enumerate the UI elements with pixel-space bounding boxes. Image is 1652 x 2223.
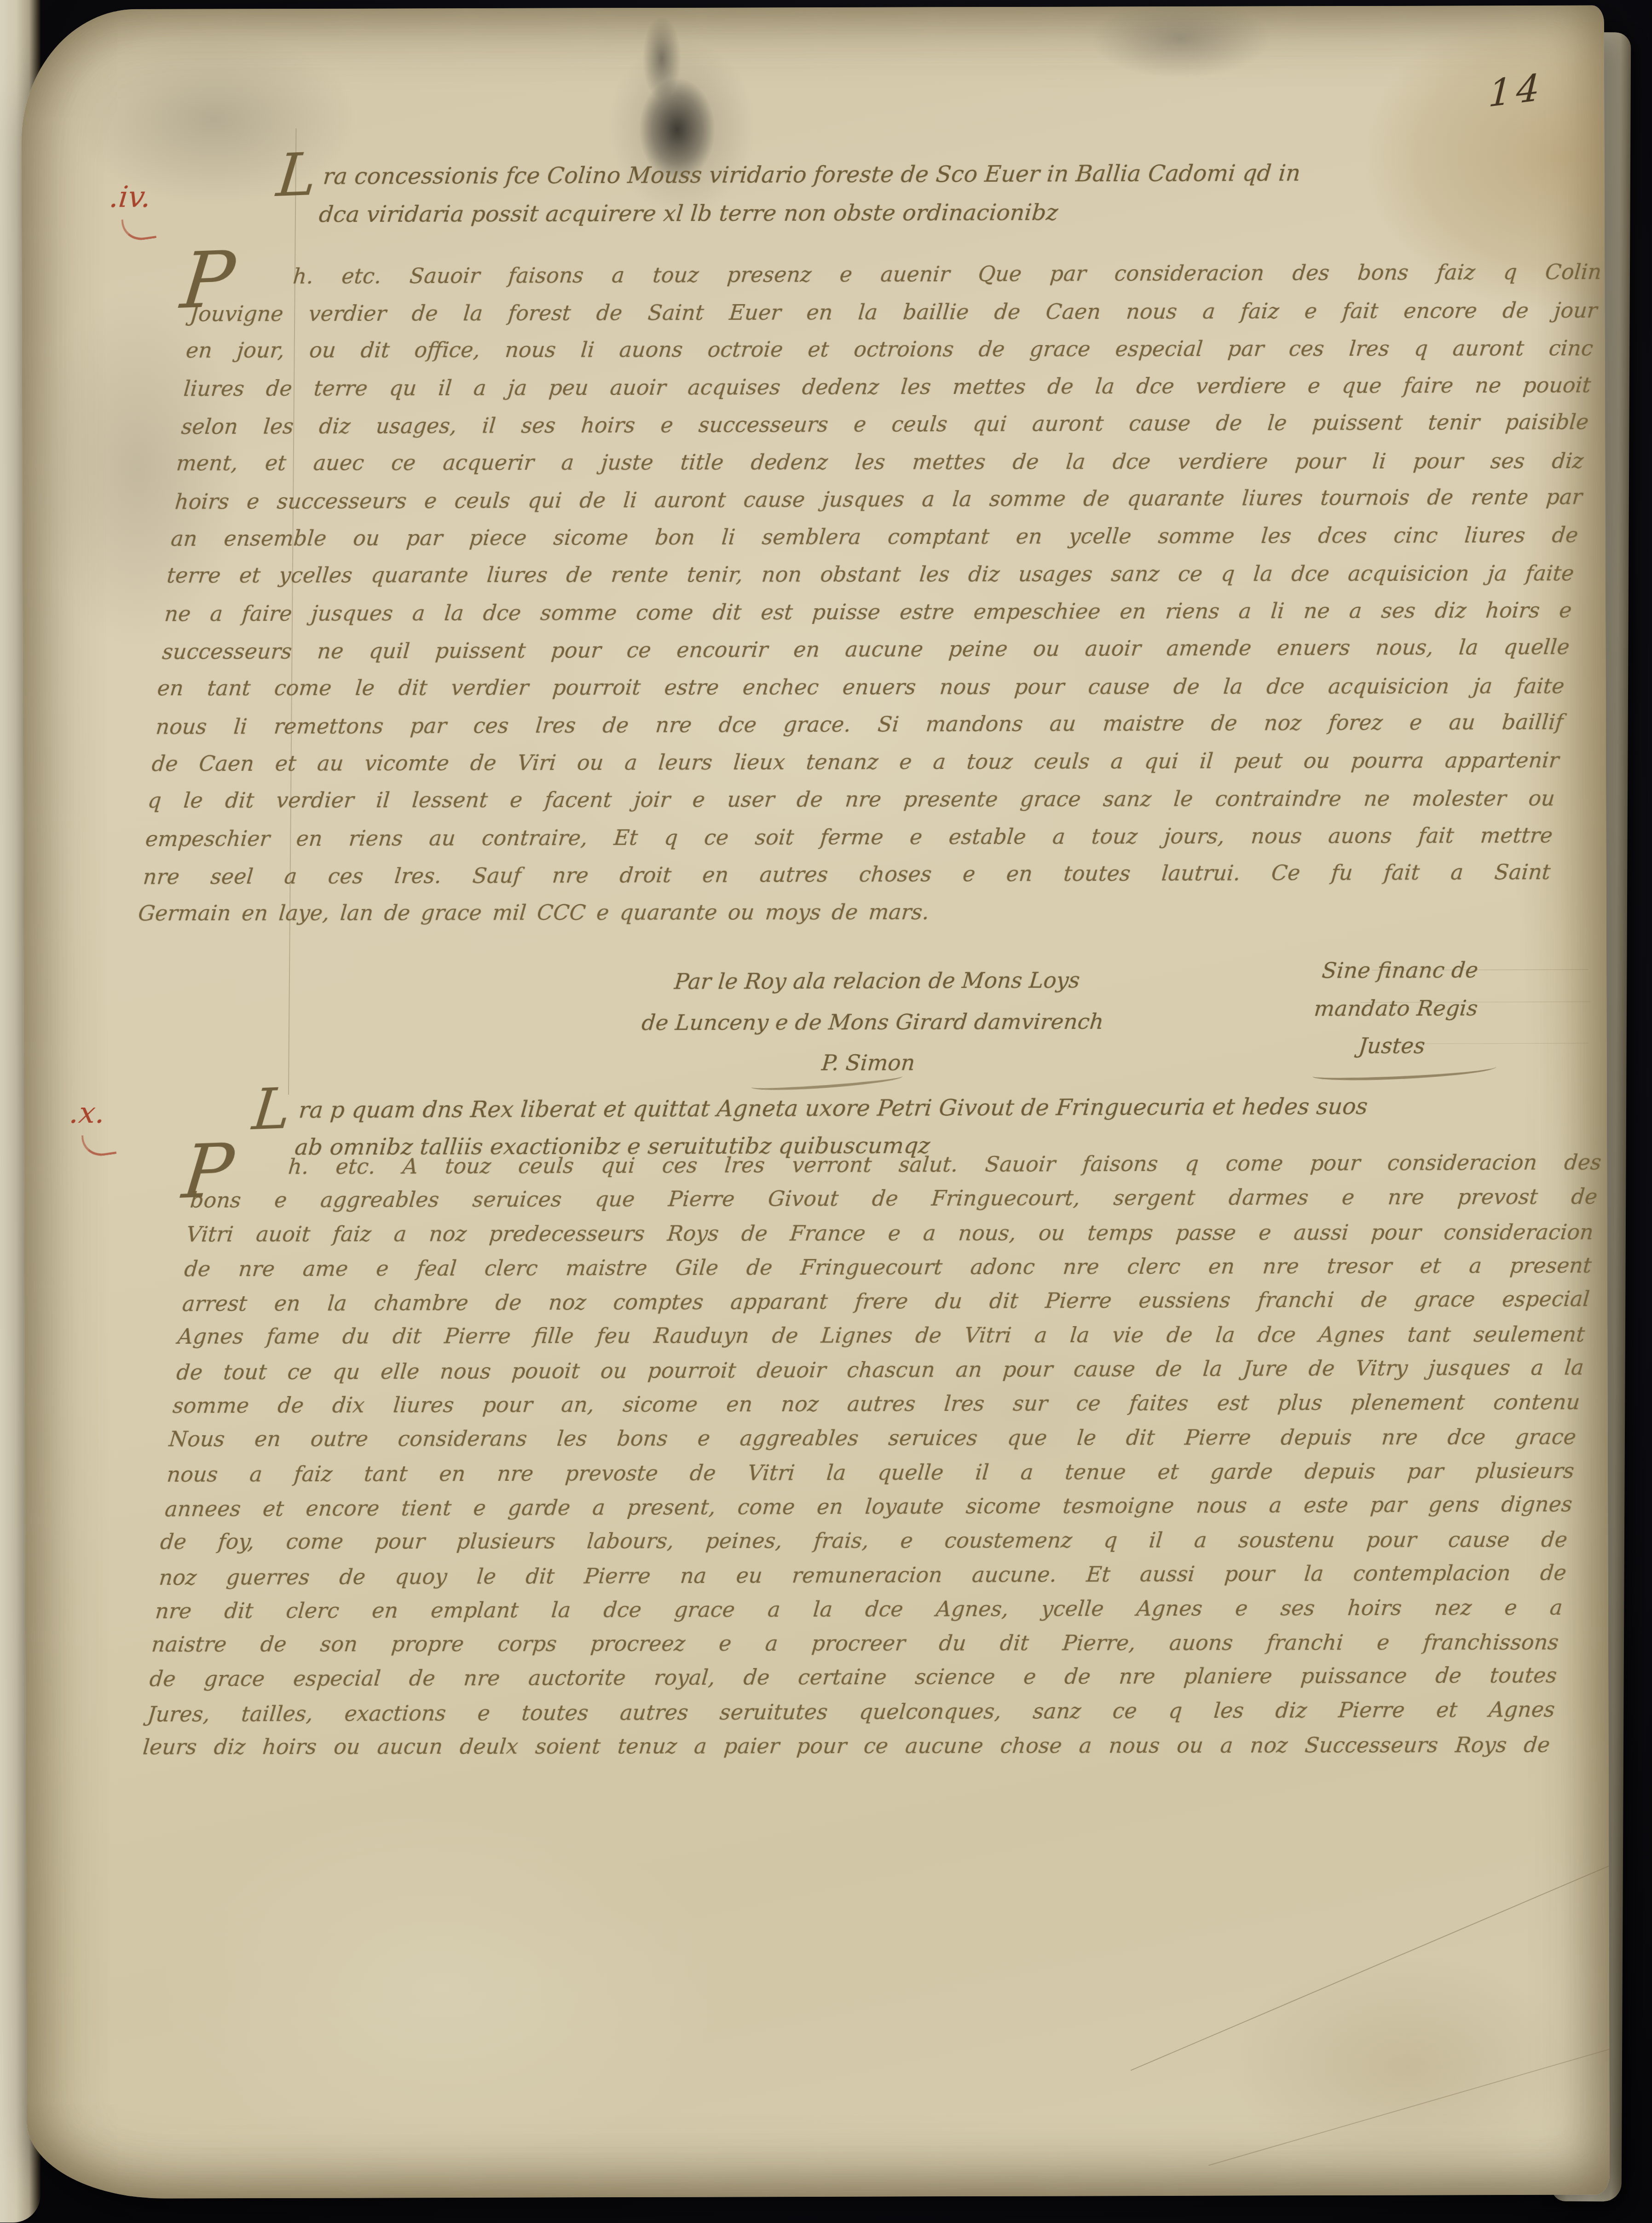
entry2-body-line: de foy, come pour plusieurs labours, pei… xyxy=(159,1523,1569,1559)
entry2-body-line: Jures, tailles, exactions e toutes autre… xyxy=(146,1692,1556,1731)
folio-number: 14 xyxy=(1487,65,1545,115)
rubric-flourish xyxy=(121,215,156,243)
entry1-body-line: empeschier en riens au contraire, Et q c… xyxy=(144,816,1554,858)
entry1-body-line: selon les diz usages, il ses hoirs e suc… xyxy=(180,403,1590,445)
entry1-body-line: nous li remettons par ces lres de nre dc… xyxy=(154,703,1565,745)
entry1-body-line: q le dit verdier il lessent e facent joi… xyxy=(146,779,1557,819)
entry2-body-line: nre dit clerc en emplant la dce grace a … xyxy=(154,1590,1564,1628)
entry1-body: h. etc. Sauoir faisons a touz presenz e … xyxy=(138,254,1602,933)
diagonal-crease xyxy=(1131,1844,1610,2071)
entry2-heading-initial: L xyxy=(250,1080,294,1138)
entry1-body-line: ne a faire jusques a la dce somme come d… xyxy=(163,591,1573,633)
entry1-body-line: nre seel a ces lres. Sauf nre droit en a… xyxy=(142,853,1552,895)
entry2-body-line: de tout ce qu elle nous pouoit ou pourro… xyxy=(175,1350,1585,1389)
subscription-line: de Lunceny e de Mons Girard damvirench xyxy=(625,1001,1121,1043)
photo-background: 14 .iv. L ra concessionis fce Colino Mou… xyxy=(0,0,1652,2223)
entry1-body-line: h. etc. Sauoir faisons a touz presenz e … xyxy=(192,253,1603,295)
entry1-heading-line: ra concessionis fce Colino Mouss viridar… xyxy=(322,153,1466,196)
entry1-body-line: hoirs e successeurs e ceuls qui de li au… xyxy=(173,478,1584,520)
entry1-body-line: successeurs ne quil puissent pour ce enc… xyxy=(161,628,1571,670)
entry2-body-line: somme de dix liures pour an, sicome en n… xyxy=(171,1385,1581,1423)
entry1-body-line: an ensemble ou par piece sicome bon li s… xyxy=(169,516,1580,558)
entry2-body-line: noz guerres de quoy le dit Pierre na eu … xyxy=(158,1555,1568,1594)
margin-number-x-text: .x. xyxy=(68,1096,106,1130)
entry1-body-line: de Caen et au vicomte de Viri ou a leurs… xyxy=(150,741,1561,783)
entry1-heading-line: dca viridaria possit acquirere xl lb ter… xyxy=(318,192,1462,233)
entry1-subscription-left: Par le Roy ala relacion de Mons Loysde L… xyxy=(621,960,1124,1084)
entry1-body-line: liures de terre qu il a ja peu auoir acq… xyxy=(182,366,1593,408)
rubric-flourish xyxy=(81,1131,116,1159)
entry2-body-line: arrest en la chambre de noz comptes appa… xyxy=(181,1282,1591,1321)
entry2-body-line: Agnes fame du dit Pierre fille feu Raudu… xyxy=(176,1317,1586,1354)
subscription-line: Par le Roy ala relacion de Mons Loys xyxy=(629,960,1125,1003)
entry1-body-line: Germain en laye, lan de grace mil CCC e … xyxy=(137,892,1547,932)
margin-number-iv: .iv. xyxy=(105,180,161,241)
entry2-body-line: nous a faiz tant en nre prevoste de Vitr… xyxy=(166,1453,1576,1491)
margin-number-iv-text: .iv. xyxy=(108,180,152,214)
subscription-line: Justes xyxy=(1280,1027,1504,1065)
manuscript-page: 14 .iv. L ra concessionis fce Colino Mou… xyxy=(21,6,1610,2199)
entry2-body-line: naistre de son propre corps procreez e a… xyxy=(150,1625,1560,1662)
entry2-body: h. etc. A touz ceuls qui ces lres verron… xyxy=(142,1146,1601,1765)
entry1-heading-initial: L xyxy=(274,145,320,205)
entry1-subscription-right: Sine financ demandato RegisJustes xyxy=(1281,952,1511,1065)
entry2-body-line: Vitri auoit faiz a noz predecesseurs Roy… xyxy=(185,1215,1595,1251)
entry2-body-line: Nous en outre considerans les bons e agg… xyxy=(168,1420,1577,1456)
entry2-body-line: leurs diz hoirs ou aucun deulx soient te… xyxy=(141,1727,1551,1764)
margin-number-x: .x. xyxy=(65,1096,121,1156)
entry1-body-line: terre et ycelles quarante liures de rent… xyxy=(165,554,1576,594)
entry1-body-line: ment, et auec ce acquerir a juste title … xyxy=(175,442,1585,482)
entry2-heading-line: ra p quam dns Rex liberat et quittat Agn… xyxy=(297,1087,1460,1129)
entry1-heading: ra concessionis fce Colino Mouss viridar… xyxy=(318,154,1465,233)
entry1-body-line: en tant come le dit verdier pourroit est… xyxy=(156,667,1566,707)
entry1-body-line: Jouvigne verdier de la forest de Saint E… xyxy=(189,291,1599,333)
entry2-body-line: annees et encore tient e garde a present… xyxy=(163,1487,1573,1526)
subscription-line: Sine financ de xyxy=(1288,952,1512,990)
diagonal-crease xyxy=(1208,2043,1610,2165)
entry2-body-line: de grace especial de nre auctorite royal… xyxy=(148,1658,1558,1696)
entry2-body-line: h. etc. A touz ceuls qui ces lres verron… xyxy=(192,1145,1602,1184)
subscription-line: mandato Regis xyxy=(1284,989,1508,1028)
entry2-body-line: bons e aggreables seruices que Pierre Gi… xyxy=(189,1180,1599,1218)
entry1-body-line: en jour, ou dit office, nous li auons oc… xyxy=(185,329,1595,369)
entry2-body-line: de nre ame e feal clerc maistre Gile de … xyxy=(183,1248,1593,1286)
